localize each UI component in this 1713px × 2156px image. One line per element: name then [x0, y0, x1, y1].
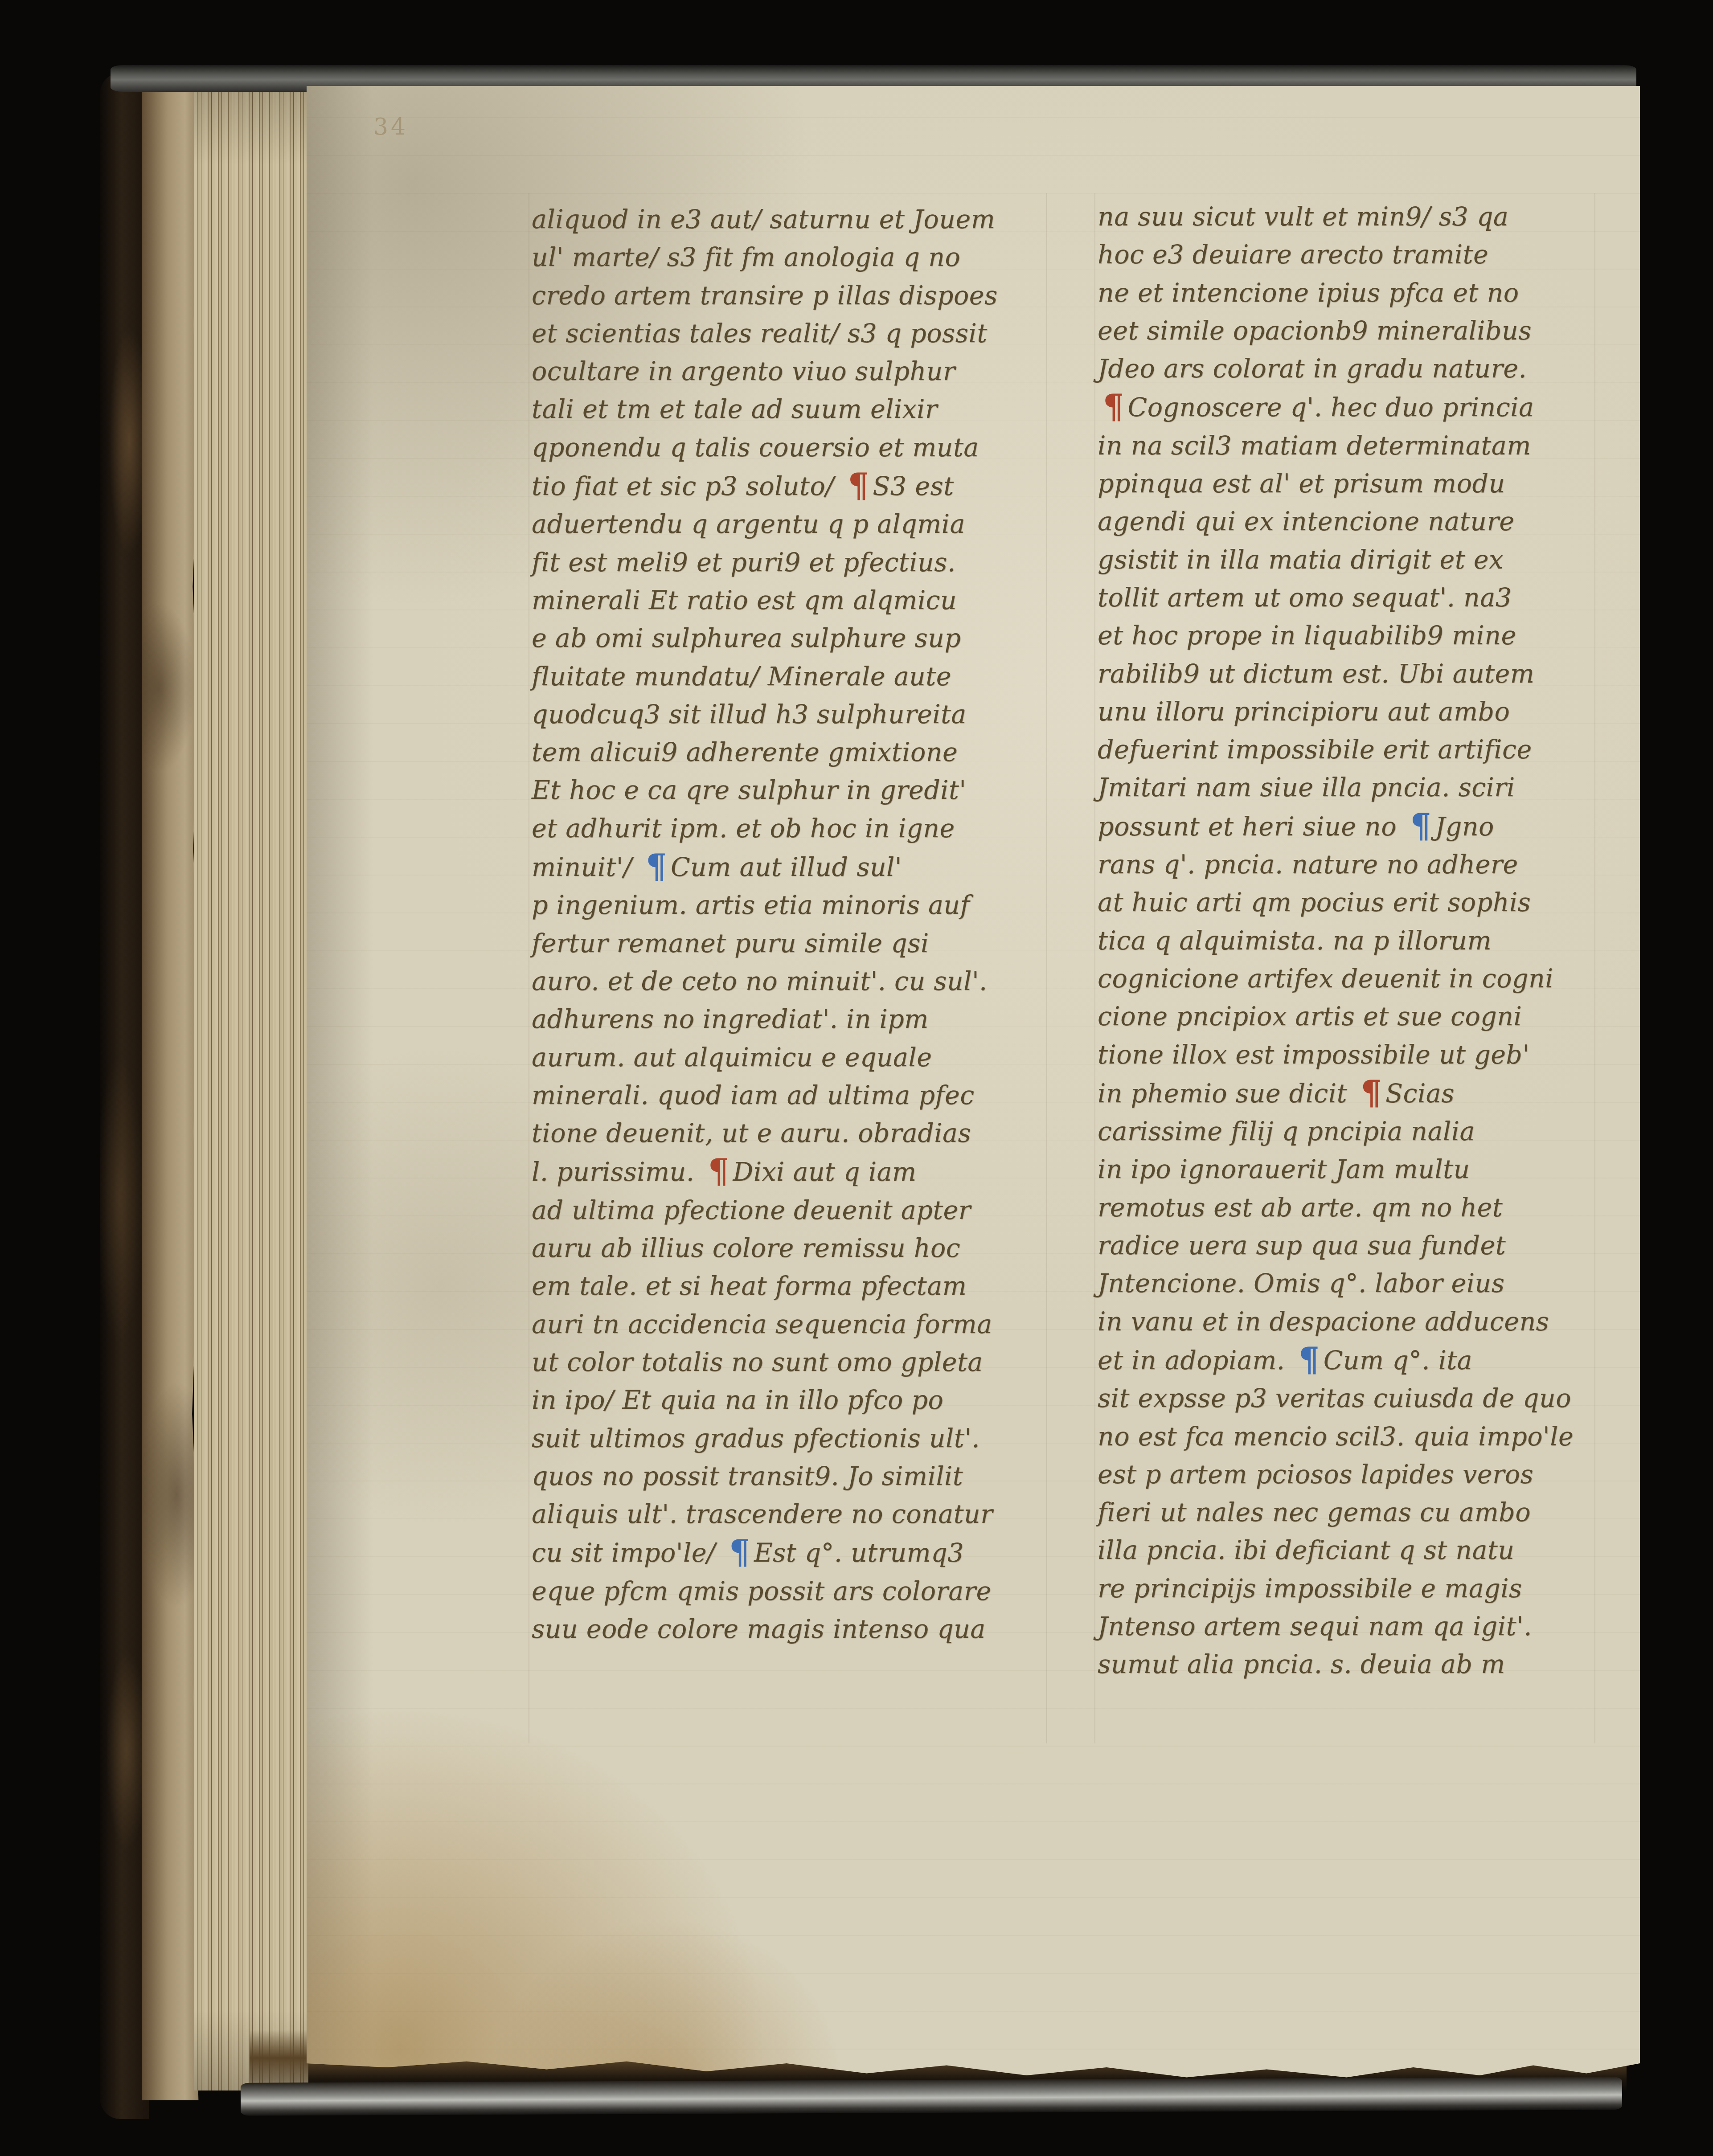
line-text: tione deuenit, ut e auru. obradias	[532, 1119, 971, 1148]
manuscript-line: suu eode colore magis intenso qua	[532, 1611, 998, 1649]
manuscript-line: Jdeo ars colorat in gradu nature.	[1098, 350, 1574, 388]
line-text: cognicione artifex deuenit in cogni	[1098, 964, 1553, 994]
paraph-mark: ¶	[1355, 1074, 1385, 1112]
line-text: credo artem transire p illas dispoes	[532, 281, 998, 311]
manuscript-line: rans q'. pncia. nature no adhere	[1098, 846, 1574, 884]
manuscript-line: remotus est ab arte. qm no het	[1098, 1189, 1574, 1227]
manuscript-line: tio fiat et sic p3 soluto/ ¶S3 est	[532, 467, 998, 506]
manuscript-line: em tale. et si heat forma pfectam	[532, 1268, 998, 1305]
manuscript-line: suit ultimos gradus pfectionis ult'.	[532, 1420, 998, 1458]
line-text: cu sit impo'le/	[532, 1538, 724, 1568]
line-text: na suu sicut vult et min9/ s3 qa	[1098, 202, 1508, 232]
manuscript-line: tica q alquimista. na p illorum	[1098, 922, 1574, 960]
line-text: cione pncipiox artis et sue cogni	[1098, 1002, 1522, 1031]
line-text: unu illoru principioru aut ambo	[1098, 697, 1510, 727]
manuscript-line: aliquod in e3 aut/ saturnu et Jouem	[532, 201, 998, 239]
ruling-line-left-inner	[1046, 193, 1047, 1743]
manuscript-line: in na scil3 matiam determinatam	[1098, 427, 1574, 465]
manuscript-line: ¶Cognoscere q'. hec duo princia	[1098, 388, 1574, 427]
manuscript-line: in ipo ignorauerit Jam multu	[1098, 1151, 1574, 1189]
manuscript-line: in ipo/ Et quia na in illo pfco po	[532, 1382, 998, 1420]
line-text: agendi qui ex intencione nature	[1098, 507, 1514, 536]
line-text: Est q°. utrumq3	[754, 1538, 964, 1568]
paraph-mark: ¶	[724, 1533, 754, 1571]
line-text: possunt et heri siue no	[1098, 812, 1405, 842]
line-text: ut color totalis no sunt omo gpleta	[532, 1348, 983, 1377]
line-text: rans q'. pncia. nature no adhere	[1098, 850, 1518, 880]
line-text: Cognoscere q'. hec duo princia	[1128, 393, 1534, 422]
line-text: remotus est ab arte. qm no het	[1098, 1193, 1503, 1223]
manuscript-line: possunt et heri siue no ¶Jgno	[1098, 807, 1574, 846]
manuscript-line: tem alicui9 adherente gmixtione	[532, 734, 998, 772]
folio-number: 34	[373, 114, 408, 140]
line-text: in na scil3 matiam determinatam	[1098, 431, 1531, 461]
manuscript-line: est p artem pciosos lapides veros	[1098, 1456, 1574, 1494]
line-text: minerali Et ratio est qm alqmicu	[532, 586, 957, 615]
manuscript-line: unu illoru principioru aut ambo	[1098, 693, 1574, 731]
ruling-line-right-outer	[1094, 193, 1095, 1743]
line-text: sumut alia pncia. s. deuia ab m	[1098, 1650, 1505, 1679]
manuscript-line: ocultare in argento viuo sulphur	[532, 353, 998, 391]
manuscript-line: ne et intencione ipius pfca et no	[1098, 274, 1574, 312]
line-text: est p artem pciosos lapides veros	[1098, 1460, 1533, 1489]
paraph-mark: ¶	[1293, 1341, 1324, 1379]
line-text: minerali. quod iam ad ultima pfec	[532, 1081, 975, 1110]
line-text: Et hoc e ca qre sulphur in gredit'	[532, 776, 966, 805]
line-text: ocultare in argento viuo sulphur	[532, 357, 955, 386]
manuscript-line: quos no possit transit9. Jo similit	[532, 1458, 998, 1496]
line-text: et in adopiam.	[1098, 1346, 1293, 1375]
ruling-line-right-inner	[1594, 193, 1595, 1743]
manuscript-line: sit expsse p3 veritas cuiusda de quo	[1098, 1380, 1574, 1418]
line-text: re principijs impossibile e magis	[1098, 1574, 1522, 1604]
book-spine	[100, 73, 149, 2119]
paraph-mark: ¶	[640, 847, 671, 886]
line-text: adhurens no ingrediat'. in ipm	[532, 1005, 929, 1034]
manuscript-line: adhurens no ingrediat'. in ipm	[532, 1001, 998, 1039]
line-text: at huic arti qm pocius erit sophis	[1098, 888, 1531, 917]
manuscript-line: tollit artem ut omo sequat'. na3	[1098, 579, 1574, 617]
line-text: et scientias tales realit/ s3 q possit	[532, 319, 988, 348]
line-text: quos no possit transit9. Jo similit	[532, 1462, 963, 1491]
line-text: fieri ut nales nec gemas cu ambo	[1098, 1498, 1531, 1527]
line-text: quodcuq3 sit illud h3 sulphureita	[532, 700, 967, 729]
manuscript-line: in phemio sue dicit ¶Scias	[1098, 1074, 1574, 1113]
manuscript-page: 34 aliquod in e3 aut/ saturnu et Jouemul…	[307, 86, 1640, 2087]
line-text: aurum. aut alquimicu e equale	[532, 1043, 932, 1072]
paraph-mark: ¶	[703, 1152, 733, 1191]
line-text: carissime filij q pncipia nalia	[1098, 1117, 1475, 1146]
manuscript-line: eque pfcm qmis possit ars colorare	[532, 1573, 998, 1611]
manuscript-line: na suu sicut vult et min9/ s3 qa	[1098, 198, 1574, 236]
manuscript-line: Jmitari nam siue illa pncia. sciri	[1098, 769, 1574, 807]
line-text: tica q alquimista. na p illorum	[1098, 926, 1492, 956]
manuscript-line: illa pncia. ibi deficiant q st natu	[1098, 1532, 1574, 1570]
line-text: Jgno	[1435, 812, 1494, 842]
line-text: ad ultima pfectione deuenit apter	[532, 1196, 971, 1225]
line-text: no est fca mencio scil3. quia impo'le	[1098, 1422, 1574, 1452]
page-fore-edges	[194, 85, 308, 2091]
manuscript-line: fieri ut nales nec gemas cu ambo	[1098, 1494, 1574, 1532]
line-text: minuit'/	[532, 853, 640, 882]
ruling-line-left-outer	[529, 193, 529, 1743]
paraph-mark: ¶	[843, 466, 873, 505]
line-text: fertur remanet puru simile qsi	[532, 929, 929, 958]
manuscript-line: hoc e3 deuiare arecto tramite	[1098, 236, 1574, 274]
line-text: ppinqua est al' et prisum modu	[1098, 469, 1505, 499]
line-text: Jmitari nam siue illa pncia. sciri	[1098, 773, 1515, 802]
manuscript-line: in vanu et in despacione adducens	[1098, 1303, 1574, 1341]
line-text: et hoc prope in liquabilib9 mine	[1098, 621, 1516, 650]
manuscript-line: qponendu q talis couersio et muta	[532, 429, 998, 467]
line-text: rabilib9 ut dictum est. Ubi autem	[1098, 659, 1534, 689]
line-text: defuerint impossibile erit artifice	[1098, 735, 1532, 765]
line-text: ul' marte/ s3 fit fm anologia q no	[532, 243, 960, 272]
line-text: Cum aut illud sul'	[671, 853, 902, 882]
line-text: Jntencione. Omis q°. labor eius	[1098, 1269, 1504, 1298]
line-text: auro. et de ceto no minuit'. cu sul'.	[532, 967, 988, 996]
manuscript-line: p ingenium. artis etia minoris auf	[532, 887, 998, 925]
line-text: tem alicui9 adherente gmixtione	[532, 738, 958, 767]
paraph-mark: ¶	[1405, 807, 1435, 845]
line-text: p ingenium. artis etia minoris auf	[532, 891, 970, 920]
text-column-left: aliquod in e3 aut/ saturnu et Jouemul' m…	[532, 201, 998, 1649]
manuscript-line: ul' marte/ s3 fit fm anologia q no	[532, 239, 998, 277]
line-text: aliquis ult'. trascendere no conatur	[532, 1500, 993, 1529]
manuscript-line: aurum. aut alquimicu e equale	[532, 1039, 998, 1077]
line-text: eque pfcm qmis possit ars colorare	[532, 1577, 992, 1606]
manuscript-line: minuit'/ ¶Cum aut illud sul'	[532, 848, 998, 887]
line-text: auru ab illius colore remissu hoc	[532, 1234, 960, 1263]
manuscript-line: at huic arti qm pocius erit sophis	[1098, 884, 1574, 922]
line-text: em tale. et si heat forma pfectam	[532, 1272, 967, 1301]
line-text: e ab omi sulphurea sulphure sup	[532, 624, 961, 653]
manuscript-line: l. purissimu. ¶Dixi aut q iam	[532, 1153, 998, 1191]
line-text: hoc e3 deuiare arecto tramite	[1098, 240, 1488, 270]
manuscript-line: minerali Et ratio est qm alqmicu	[532, 582, 998, 620]
line-text: l. purissimu.	[532, 1158, 703, 1187]
manuscript-line: fit est meli9 et puri9 et pfectius.	[532, 544, 998, 582]
line-text: S3 est	[873, 472, 954, 501]
manuscript-line: tione deuenit, ut e auru. obradias	[532, 1115, 998, 1153]
line-text: Dixi aut q iam	[733, 1158, 916, 1187]
manuscript-line: tione illox est impossibile ut geb'	[1098, 1036, 1574, 1074]
manuscript-line: agendi qui ex intencione nature	[1098, 503, 1574, 541]
manuscript-line: rabilib9 ut dictum est. Ubi autem	[1098, 655, 1574, 693]
line-text: tali et tm et tale ad suum elixir	[532, 395, 938, 424]
line-text: radice uera sup qua sua fundet	[1098, 1231, 1506, 1260]
line-text: auri tn accidencia sequencia forma	[532, 1310, 992, 1339]
manuscript-line: aduertendu q argentu q p alqmia	[532, 506, 998, 544]
bottom-cover-edge	[241, 2077, 1622, 2116]
line-text: illa pncia. ibi deficiant q st natu	[1098, 1536, 1515, 1565]
manuscript-line: credo artem transire p illas dispoes	[532, 277, 998, 315]
manuscript-line: quodcuq3 sit illud h3 sulphureita	[532, 696, 998, 734]
line-text: aduertendu q argentu q p alqmia	[532, 510, 965, 539]
line-text: tio fiat et sic p3 soluto/	[532, 472, 843, 501]
manuscript-line: fluitate mundatu/ Minerale aute	[532, 658, 998, 696]
manuscript-line: fertur remanet puru simile qsi	[532, 925, 998, 963]
line-text: fluitate mundatu/ Minerale aute	[532, 662, 951, 691]
line-text: tollit artem ut omo sequat'. na3	[1098, 583, 1512, 613]
manuscript-line: et in adopiam. ¶Cum q°. ita	[1098, 1341, 1574, 1380]
manuscript-line: Et hoc e ca qre sulphur in gredit'	[532, 772, 998, 810]
line-text: Jntenso artem sequi nam qa igit'.	[1098, 1612, 1532, 1641]
line-text: sit expsse p3 veritas cuiusda de quo	[1098, 1384, 1571, 1413]
photo-backdrop: { "photo": { "background_color": "#09080…	[0, 0, 1713, 2156]
line-text: gsistit in illa matia dirigit et ex	[1098, 545, 1504, 575]
line-text: Cum q°. ita	[1324, 1346, 1472, 1375]
manuscript-line: et scientias tales realit/ s3 q possit	[532, 315, 998, 353]
manuscript-line: et adhurit ipm. et ob hoc in igne	[532, 810, 998, 848]
manuscript-line: Jntencione. Omis q°. labor eius	[1098, 1265, 1574, 1303]
manuscript-line: minerali. quod iam ad ultima pfec	[532, 1077, 998, 1115]
line-text: in ipo ignorauerit Jam multu	[1098, 1155, 1470, 1184]
manuscript-line: e ab omi sulphurea sulphure sup	[532, 620, 998, 658]
line-text: in vanu et in despacione adducens	[1098, 1307, 1549, 1337]
paraph-mark: ¶	[1098, 388, 1128, 426]
line-text: Jdeo ars colorat in gradu nature.	[1098, 354, 1527, 384]
manuscript-line: Jntenso artem sequi nam qa igit'.	[1098, 1608, 1574, 1646]
manuscript-line: ad ultima pfectione deuenit apter	[532, 1192, 998, 1230]
line-text: Scias	[1385, 1079, 1455, 1109]
line-text: eet simile opacionb9 mineralibus	[1098, 316, 1532, 346]
manuscript-line: no est fca mencio scil3. quia impo'le	[1098, 1418, 1574, 1456]
text-column-right: na suu sicut vult et min9/ s3 qahoc e3 d…	[1098, 198, 1574, 1684]
manuscript-line: aliquis ult'. trascendere no conatur	[532, 1496, 998, 1534]
spine-parchment-tear	[142, 82, 200, 2100]
manuscript-line: cione pncipiox artis et sue cogni	[1098, 998, 1574, 1036]
line-text: suu eode colore magis intenso qua	[532, 1615, 986, 1644]
line-text: suit ultimos gradus pfectionis ult'.	[532, 1424, 980, 1453]
manuscript-line: eet simile opacionb9 mineralibus	[1098, 312, 1574, 350]
manuscript-line: auru ab illius colore remissu hoc	[532, 1230, 998, 1268]
line-text: in ipo/ Et quia na in illo pfco po	[532, 1386, 943, 1415]
manuscript-line: auri tn accidencia sequencia forma	[532, 1306, 998, 1344]
manuscript-line: defuerint impossibile erit artifice	[1098, 731, 1574, 769]
manuscript-line: cu sit impo'le/ ¶Est q°. utrumq3	[532, 1534, 998, 1572]
manuscript-line: ut color totalis no sunt omo gpleta	[532, 1344, 998, 1382]
manuscript-line: tali et tm et tale ad suum elixir	[532, 391, 998, 429]
line-text: tione illox est impossibile ut geb'	[1098, 1040, 1530, 1070]
manuscript-line: sumut alia pncia. s. deuia ab m	[1098, 1646, 1574, 1684]
manuscript-line: cognicione artifex deuenit in cogni	[1098, 960, 1574, 998]
line-text: aliquod in e3 aut/ saturnu et Jouem	[532, 205, 995, 234]
manuscript-line: auro. et de ceto no minuit'. cu sul'.	[532, 963, 998, 1001]
line-text: ne et intencione ipius pfca et no	[1098, 278, 1519, 308]
manuscript-line: gsistit in illa matia dirigit et ex	[1098, 541, 1574, 579]
manuscript-line: et hoc prope in liquabilib9 mine	[1098, 617, 1574, 655]
manuscript-line: re principijs impossibile e magis	[1098, 1570, 1574, 1608]
line-text: et adhurit ipm. et ob hoc in igne	[532, 814, 955, 843]
manuscript-line: carissime filij q pncipia nalia	[1098, 1113, 1574, 1151]
line-text: qponendu q talis couersio et muta	[532, 433, 979, 462]
line-text: fit est meli9 et puri9 et pfectius.	[532, 548, 956, 577]
manuscript-line: radice uera sup qua sua fundet	[1098, 1227, 1574, 1265]
manuscript-line: ppinqua est al' et prisum modu	[1098, 465, 1574, 503]
line-text: in phemio sue dicit	[1098, 1079, 1355, 1109]
